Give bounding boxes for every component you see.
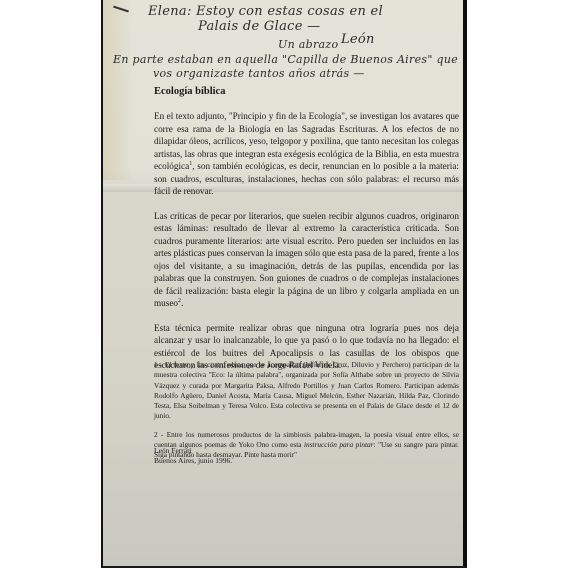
paragraph-2: Las críticas de pecar por literarios, qu… — [154, 210, 459, 310]
signature-block: León Ferrari Buenos Aires, junio 1996. — [154, 446, 232, 466]
handwritten-note-line-1: Elena: Estoy con estas cosas en el — [148, 4, 383, 19]
handwritten-signature: León — [341, 32, 375, 47]
author-name: León Ferrari — [154, 446, 232, 456]
place-date: Buenos Aires, junio 1996. — [154, 456, 232, 466]
paragraph-2-text: Las críticas de pecar por literarios, qu… — [154, 211, 459, 309]
paragraph-1: En el texto adjunto, "Principio y fin de… — [154, 110, 459, 198]
document-body: Ecología bíblica En el texto adjunto, "P… — [154, 86, 459, 384]
handwritten-note-line-3: Un abrazo — [278, 38, 338, 51]
handwritten-note-line-5: En parte estaban en aquella "Capilla de … — [113, 53, 458, 66]
pen-mark — [113, 6, 129, 13]
handwritten-note-line-6: vos organizaste tantos años atrás — — [153, 67, 365, 80]
footnote-2-italic: instrucción para pintar — [304, 440, 374, 449]
paragraph-1-tail: , son también ecológicas, es decir, renu… — [154, 161, 459, 196]
handwritten-note-line-2: Palais de Glace — — [198, 19, 320, 34]
document-page: Elena: Estoy con estas cosas en el Palai… — [101, 0, 467, 568]
footnote-1: 1 - El texto y las cuatro obras que se a… — [154, 360, 459, 422]
document-title: Ecología bíblica — [154, 86, 459, 97]
paragraph-2-tail: . — [181, 298, 183, 308]
